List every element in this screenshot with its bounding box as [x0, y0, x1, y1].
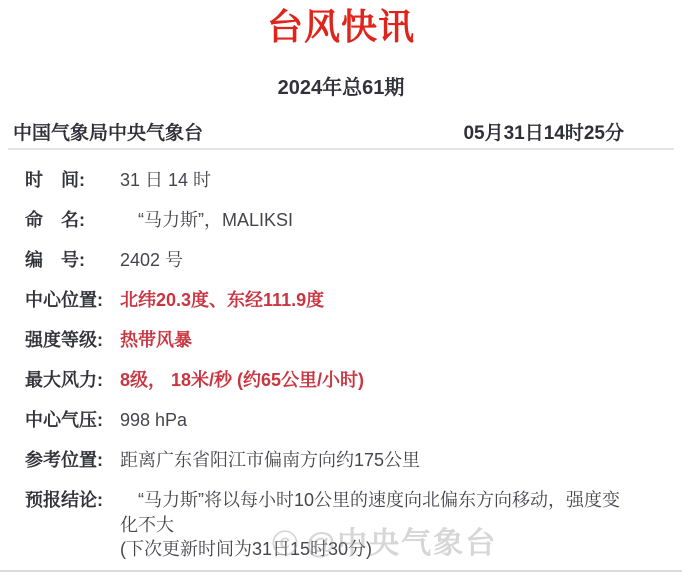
issue-datetime: 05月31日14时25分 [463, 122, 624, 146]
field-row-max-wind: 最大风力: 8级， 18米/秒 (约65公里/小时) [25, 368, 627, 393]
field-row-center-position: 中心位置: 北纬20.3度、东经111.9度 [25, 288, 627, 313]
field-value: “马力斯”，MALIKSI [120, 208, 627, 233]
issue-number: 2024年总61期 [0, 76, 682, 100]
field-label: 预报结论: [25, 488, 120, 513]
field-value: 31 日 14 时 [120, 168, 627, 193]
field-row-name: 命 名: “马力斯”，MALIKSI [25, 208, 627, 233]
field-label: 编 号: [25, 248, 120, 273]
bottom-divider [0, 570, 682, 572]
forecast-update-note: (下次更新时间为31日15时30分) [120, 538, 627, 560]
field-row-time: 时 间: 31 日 14 时 [25, 168, 627, 193]
field-list: 时 间: 31 日 14 时 命 名: “马力斯”，MALIKSI 编 号: 2… [25, 168, 627, 573]
field-label: 命 名: [25, 208, 120, 233]
field-label: 时 间: [25, 168, 120, 193]
field-label: 最大风力: [25, 368, 120, 393]
field-value: 距离广东省阳江市偏南方向约175公里 [120, 448, 627, 473]
field-value: 2402 号 [120, 248, 627, 273]
field-value: “马力斯”将以每小时10公里的速度向北偏东方向移动，强度变化不大 (下次更新时间… [120, 488, 627, 560]
field-label: 参考位置: [25, 448, 120, 473]
forecast-text: “马力斯”将以每小时10公里的速度向北偏东方向移动，强度变化不大 [120, 490, 620, 535]
field-row-forecast: 预报结论: “马力斯”将以每小时10公里的速度向北偏东方向移动，强度变化不大 (… [25, 488, 627, 560]
field-label: 强度等级: [25, 328, 120, 353]
typhoon-bulletin: 台风快讯 2024年总61期 中国气象局中央气象台 05月31日14时25分 时… [0, 0, 682, 573]
agency-name: 中国气象局中央气象台 [13, 122, 203, 146]
field-value: 热带风暴 [120, 328, 627, 353]
field-row-reference-position: 参考位置: 距离广东省阳江市偏南方向约175公里 [25, 448, 627, 473]
field-value: 998 hPa [120, 408, 627, 433]
header-row: 中国气象局中央气象台 05月31日14时25分 [13, 122, 624, 146]
field-row-number: 编 号: 2402 号 [25, 248, 627, 273]
bulletin-title: 台风快讯 [0, 5, 682, 49]
header-divider [8, 148, 674, 150]
field-label: 中心位置: [25, 288, 120, 313]
field-label: 中心气压: [25, 408, 120, 433]
field-value: 北纬20.3度、东经111.9度 [120, 288, 627, 313]
field-row-pressure: 中心气压: 998 hPa [25, 408, 627, 433]
field-row-intensity: 强度等级: 热带风暴 [25, 328, 627, 353]
field-value: 8级， 18米/秒 (约65公里/小时) [120, 368, 627, 393]
